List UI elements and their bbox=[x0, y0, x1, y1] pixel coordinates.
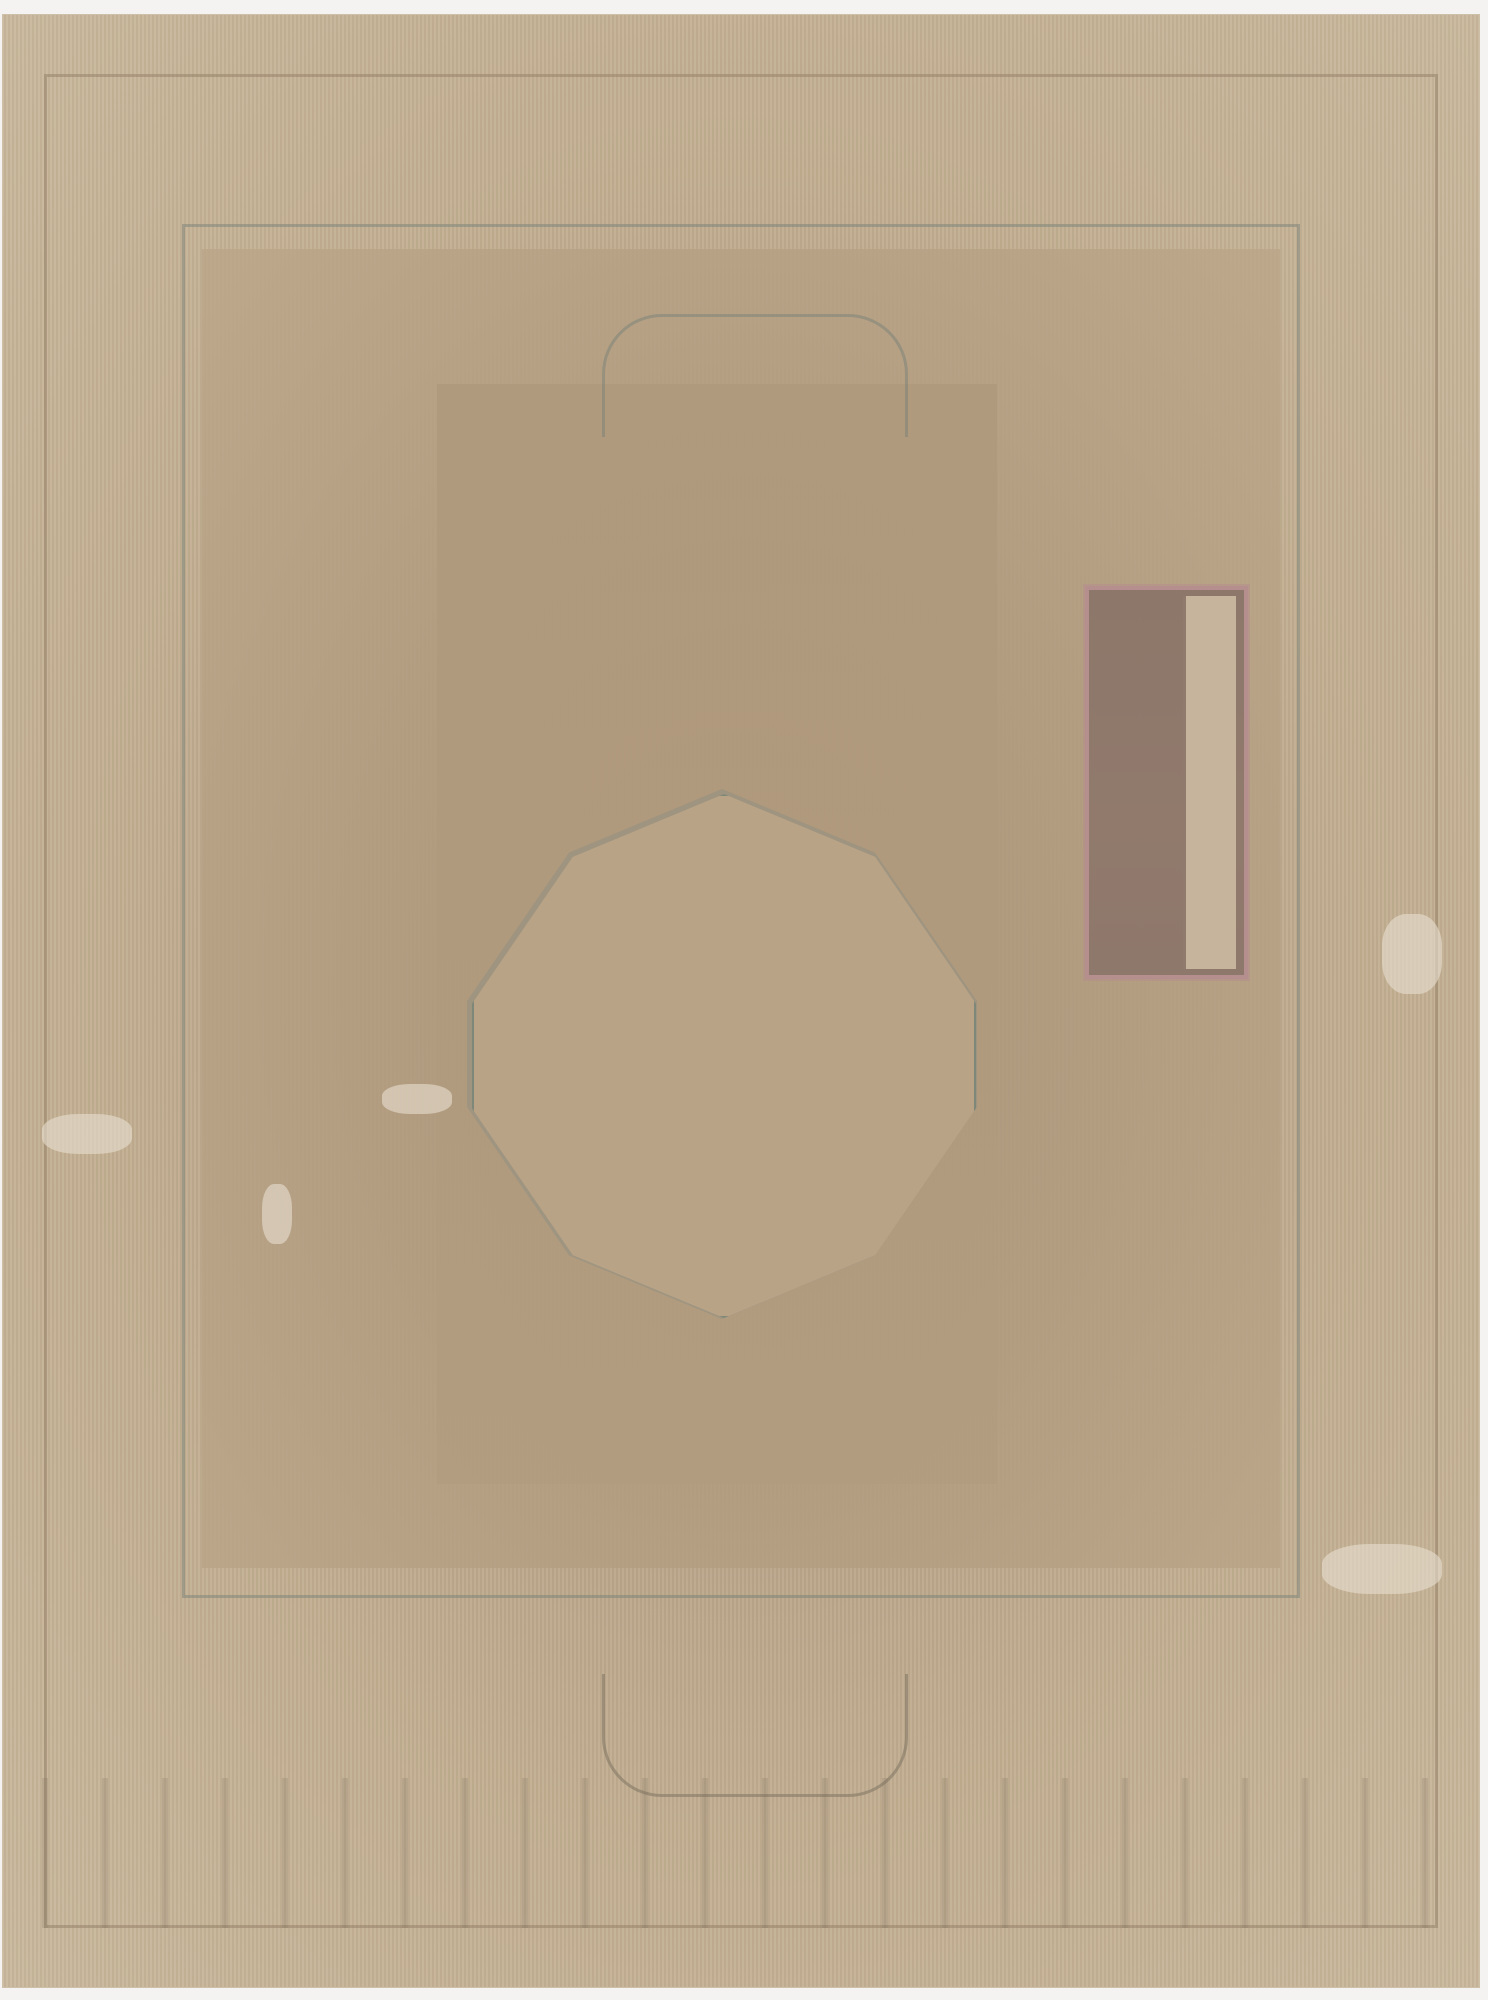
worn-spot bbox=[1322, 1544, 1442, 1594]
worn-spot bbox=[262, 1184, 292, 1244]
patch-border-stripe bbox=[1183, 596, 1236, 969]
worn-spot bbox=[382, 1084, 452, 1114]
rug-bottom-border-band bbox=[42, 1778, 1440, 1928]
worn-spot bbox=[42, 1114, 132, 1154]
worn-spot bbox=[1382, 914, 1442, 994]
rug-repair-patch bbox=[1085, 586, 1248, 979]
rug bbox=[2, 14, 1480, 1988]
rug-top-pendant bbox=[602, 314, 908, 437]
